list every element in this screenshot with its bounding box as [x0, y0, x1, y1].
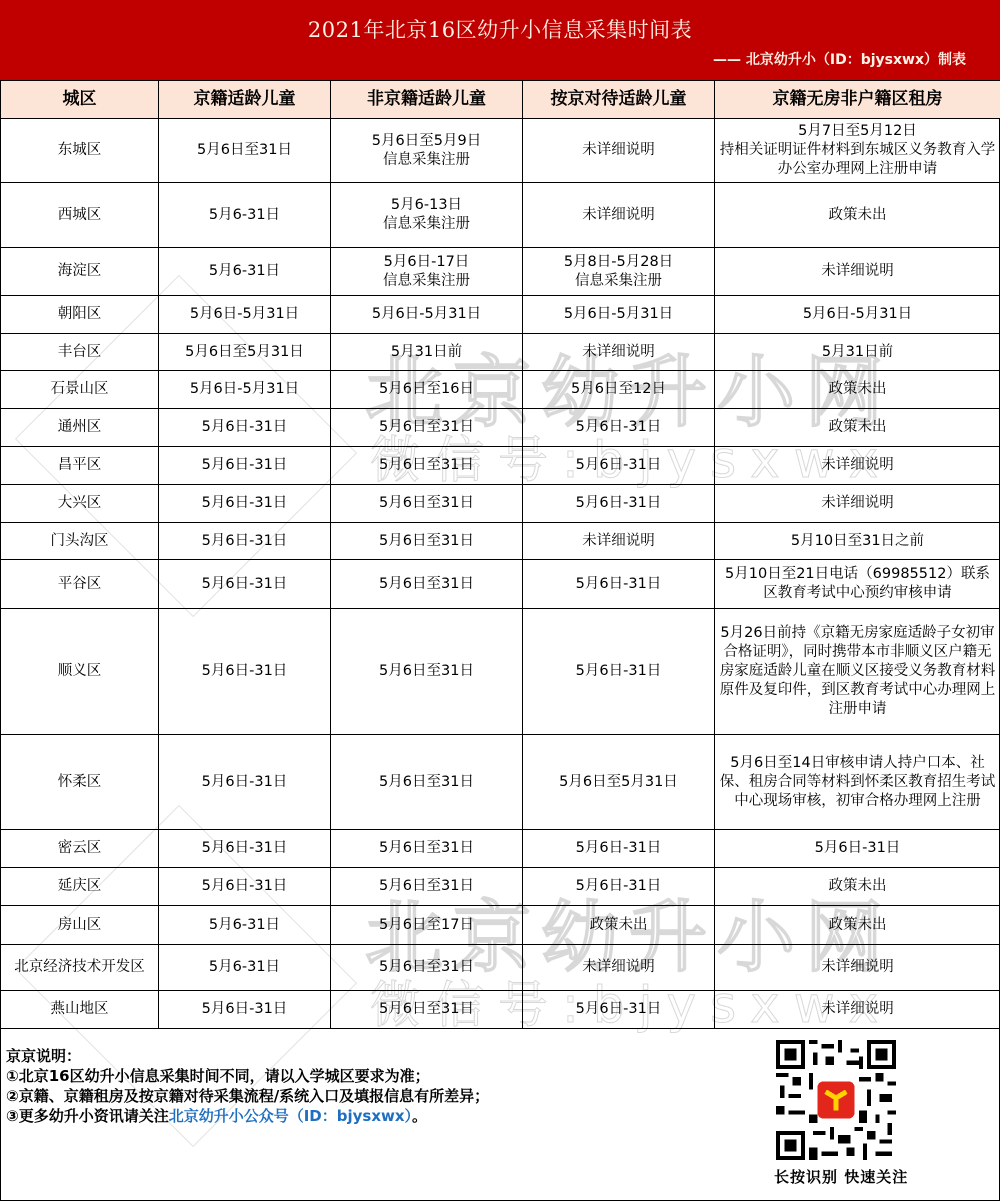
cell-district: 密云区: [1, 830, 159, 868]
cell-district: 海淀区: [1, 248, 159, 296]
table-header-row: 城区 京籍适龄儿童 非京籍适龄儿童 按京对待适龄儿童 京籍无房非户籍区租房: [1, 81, 1000, 119]
note-item-text: ③更多幼升小资讯请关注: [6, 1107, 169, 1125]
cell-zufang: 5月6日-5月31日: [715, 296, 1000, 334]
cell-anjing: 未详细说明: [523, 334, 715, 371]
note-item-suffix: 。: [412, 1107, 427, 1125]
column-header-anjing: 按京对待适龄儿童: [523, 81, 715, 119]
cell-anjing: 5月6日-31日: [523, 447, 715, 485]
table-row: 密云区5月6日-31日5月6日至31日5月6日-31日5月6日-31日: [1, 830, 1000, 868]
cell-feijingji: 5月6日至31日: [331, 409, 523, 447]
cell-feijingji: 5月6日至31日: [331, 830, 523, 868]
cell-anjing: 5月6日-31日: [523, 991, 715, 1029]
cell-zufang: 政策未出: [715, 183, 1000, 248]
cell-jingji: 5月6-31日: [159, 945, 331, 991]
cell-jingji: 5月6日-31日: [159, 735, 331, 830]
schedule-table: 城区 京籍适龄儿童 非京籍适龄儿童 按京对待适龄儿童 京籍无房非户籍区租房 东城…: [0, 80, 1000, 1029]
qr-code-icon[interactable]: [776, 1040, 896, 1160]
column-header-feijingji: 非京籍适龄儿童: [331, 81, 523, 119]
cell-feijingji: 5月6日至31日: [331, 485, 523, 523]
cell-jingji: 5月6-31日: [159, 248, 331, 296]
cell-jingji: 5月6日-5月31日: [159, 296, 331, 334]
cell-anjing: 未详细说明: [523, 119, 715, 183]
cell-anjing: 未详细说明: [523, 183, 715, 248]
table-row: 昌平区5月6日-31日5月6日至31日5月6日-31日未详细说明: [1, 447, 1000, 485]
cell-zufang: 5月10日至31日之前: [715, 523, 1000, 560]
table-row: 西城区5月6-31日5月6-13日 信息采集注册未详细说明政策未出: [1, 183, 1000, 248]
note-item: ②京籍、京籍租房及按京籍对待采集流程/系统入口及填报信息有所差异；: [6, 1086, 489, 1106]
cell-district: 昌平区: [1, 447, 159, 485]
cell-district: 西城区: [1, 183, 159, 248]
cell-zufang: 政策未出: [715, 906, 1000, 945]
note-item: ①北京16区幼升小信息采集时间不同，请以入学城区要求为准；: [6, 1066, 489, 1086]
table-row: 海淀区5月6-31日5月6日-17日 信息采集注册5月8日-5月28日 信息采集…: [1, 248, 1000, 296]
table-row: 延庆区5月6日-31日5月6日至31日5月6日-31日政策未出: [1, 868, 1000, 906]
notes-heading: 京京说明：: [6, 1046, 489, 1066]
cell-district: 大兴区: [1, 485, 159, 523]
cell-feijingji: 5月6-13日 信息采集注册: [331, 183, 523, 248]
cell-zufang: 未详细说明: [715, 991, 1000, 1029]
cell-jingji: 5月6-31日: [159, 183, 331, 248]
page-title: 2021年北京16区幼升小信息采集时间表: [0, 14, 1000, 44]
cell-feijingji: 5月31日前: [331, 334, 523, 371]
cell-district: 通州区: [1, 409, 159, 447]
cell-jingji: 5月6日-31日: [159, 991, 331, 1029]
cell-zufang: 5月10日至21日电话（69985512）联系区教育考试中心预约审核申请: [715, 560, 1000, 609]
cell-feijingji: 5月6日至31日: [331, 945, 523, 991]
cell-anjing: 5月6日-31日: [523, 485, 715, 523]
cell-zufang: 未详细说明: [715, 945, 1000, 991]
cell-zufang: 政策未出: [715, 371, 1000, 409]
cell-feijingji: 5月6日至31日: [331, 447, 523, 485]
table-row: 通州区5月6日-31日5月6日至31日5月6日-31日政策未出: [1, 409, 1000, 447]
cell-feijingji: 5月6日-5月31日: [331, 296, 523, 334]
cell-anjing: 未详细说明: [523, 523, 715, 560]
table-row: 顺义区5月6日-31日5月6日至31日5月6日-31日5月26日前持《京籍无房家…: [1, 609, 1000, 735]
cell-anjing: 5月6日-31日: [523, 609, 715, 735]
column-header-district: 城区: [1, 81, 159, 119]
note-item: ③更多幼升小资讯请关注北京幼升小公众号（ID：bjysxwx）。: [6, 1106, 489, 1126]
cell-jingji: 5月6日-31日: [159, 868, 331, 906]
table-row: 大兴区5月6日-31日5月6日至31日5月6日-31日未详细说明: [1, 485, 1000, 523]
cell-feijingji: 5月6日至16日: [331, 371, 523, 409]
cell-zufang: 5月31日前: [715, 334, 1000, 371]
cell-anjing: 5月8日-5月28日 信息采集注册: [523, 248, 715, 296]
table-row: 燕山地区5月6日-31日5月6日至31日5月6日-31日未详细说明: [1, 991, 1000, 1029]
cell-anjing: 未详细说明: [523, 945, 715, 991]
cell-jingji: 5月6日-31日: [159, 609, 331, 735]
cell-district: 北京经济技术开发区: [1, 945, 159, 991]
cell-feijingji: 5月6日至31日: [331, 560, 523, 609]
cell-feijingji: 5月6日至31日: [331, 523, 523, 560]
cell-feijingji: 5月6日至31日: [331, 991, 523, 1029]
table-row: 石景山区5月6日-5月31日5月6日至16日5月6日至12日政策未出: [1, 371, 1000, 409]
table-row: 怀柔区5月6日-31日5月6日至31日5月6日至5月31日5月6日至14日审核申…: [1, 735, 1000, 830]
wechat-account-link[interactable]: 北京幼升小公众号（ID：bjysxwx）: [169, 1107, 412, 1125]
cell-jingji: 5月6日至31日: [159, 119, 331, 183]
cell-jingji: 5月6日至5月31日: [159, 334, 331, 371]
cell-jingji: 5月6日-31日: [159, 523, 331, 560]
cell-anjing: 5月6日-31日: [523, 409, 715, 447]
cell-district: 延庆区: [1, 868, 159, 906]
cell-feijingji: 5月6日至31日: [331, 735, 523, 830]
cell-anjing: 5月6日-5月31日: [523, 296, 715, 334]
cell-jingji: 5月6日-31日: [159, 447, 331, 485]
table-row: 朝阳区5月6日-5月31日5月6日-5月31日5月6日-5月31日5月6日-5月…: [1, 296, 1000, 334]
cell-district: 石景山区: [1, 371, 159, 409]
table-row: 北京经济技术开发区5月6-31日5月6日至31日未详细说明未详细说明: [1, 945, 1000, 991]
title-bar: 2021年北京16区幼升小信息采集时间表 —— 北京幼升小（ID：bjysxwx…: [0, 0, 1000, 80]
table-row: 东城区5月6日至31日5月6日至5月9日 信息采集注册未详细说明5月7日至5月1…: [1, 119, 1000, 183]
cell-anjing: 5月6日-31日: [523, 830, 715, 868]
cell-anjing: 5月6日至12日: [523, 371, 715, 409]
cell-anjing: 5月6日-31日: [523, 560, 715, 609]
cell-district: 丰台区: [1, 334, 159, 371]
cell-zufang: 5月26日前持《京籍无房家庭适龄子女初审合格证明》，同时携带本市非顺义区户籍无房…: [715, 609, 1000, 735]
cell-anjing: 5月6日至5月31日: [523, 735, 715, 830]
cell-district: 房山区: [1, 906, 159, 945]
cell-district: 门头沟区: [1, 523, 159, 560]
cell-district: 怀柔区: [1, 735, 159, 830]
cell-jingji: 5月6-31日: [159, 906, 331, 945]
cell-district: 东城区: [1, 119, 159, 183]
table-row: 丰台区5月6日至5月31日5月31日前未详细说明5月31日前: [1, 334, 1000, 371]
cell-jingji: 5月6日-5月31日: [159, 371, 331, 409]
cell-zufang: 5月7日至5月12日 持相关证明证件材料到东城区义务教育入学办公室办理网上注册申…: [715, 119, 1000, 183]
cell-anjing: 5月6日-31日: [523, 868, 715, 906]
cell-zufang: 未详细说明: [715, 447, 1000, 485]
cell-zufang: 政策未出: [715, 409, 1000, 447]
qr-caption: 长按识别 快速关注: [774, 1166, 908, 1187]
cell-zufang: 政策未出: [715, 868, 1000, 906]
cell-district: 燕山地区: [1, 991, 159, 1029]
column-header-zufang: 京籍无房非户籍区租房: [715, 81, 1000, 119]
cell-zufang: 未详细说明: [715, 485, 1000, 523]
cell-feijingji: 5月6日至5月9日 信息采集注册: [331, 119, 523, 183]
cell-district: 朝阳区: [1, 296, 159, 334]
cell-jingji: 5月6日-31日: [159, 409, 331, 447]
cell-zufang: 未详细说明: [715, 248, 1000, 296]
table-row: 房山区5月6-31日5月6日至17日政策未出政策未出: [1, 906, 1000, 945]
cell-district: 顺义区: [1, 609, 159, 735]
cell-zufang: 5月6日至14日审核申请人持户口本、社保、租房合同等材料到怀柔区教育招生考试中心…: [715, 735, 1000, 830]
cell-zufang: 5月6日-31日: [715, 830, 1000, 868]
cell-feijingji: 5月6日-17日 信息采集注册: [331, 248, 523, 296]
cell-anjing: 政策未出: [523, 906, 715, 945]
cell-jingji: 5月6日-31日: [159, 830, 331, 868]
cell-jingji: 5月6日-31日: [159, 485, 331, 523]
cell-feijingji: 5月6日至31日: [331, 609, 523, 735]
page-subtitle: —— 北京幼升小（ID：bjysxwx）制表: [713, 49, 966, 69]
table-row: 门头沟区5月6日-31日5月6日至31日未详细说明5月10日至31日之前: [1, 523, 1000, 560]
cell-feijingji: 5月6日至17日: [331, 906, 523, 945]
cell-feijingji: 5月6日至31日: [331, 868, 523, 906]
cell-district: 平谷区: [1, 560, 159, 609]
column-header-jingji: 京籍适龄儿童: [159, 81, 331, 119]
cell-jingji: 5月6日-31日: [159, 560, 331, 609]
notes-section: 京京说明： ①北京16区幼升小信息采集时间不同，请以入学城区要求为准； ②京籍、…: [6, 1046, 489, 1126]
table-row: 平谷区5月6日-31日5月6日至31日5月6日-31日5月10日至21日电话（6…: [1, 560, 1000, 609]
